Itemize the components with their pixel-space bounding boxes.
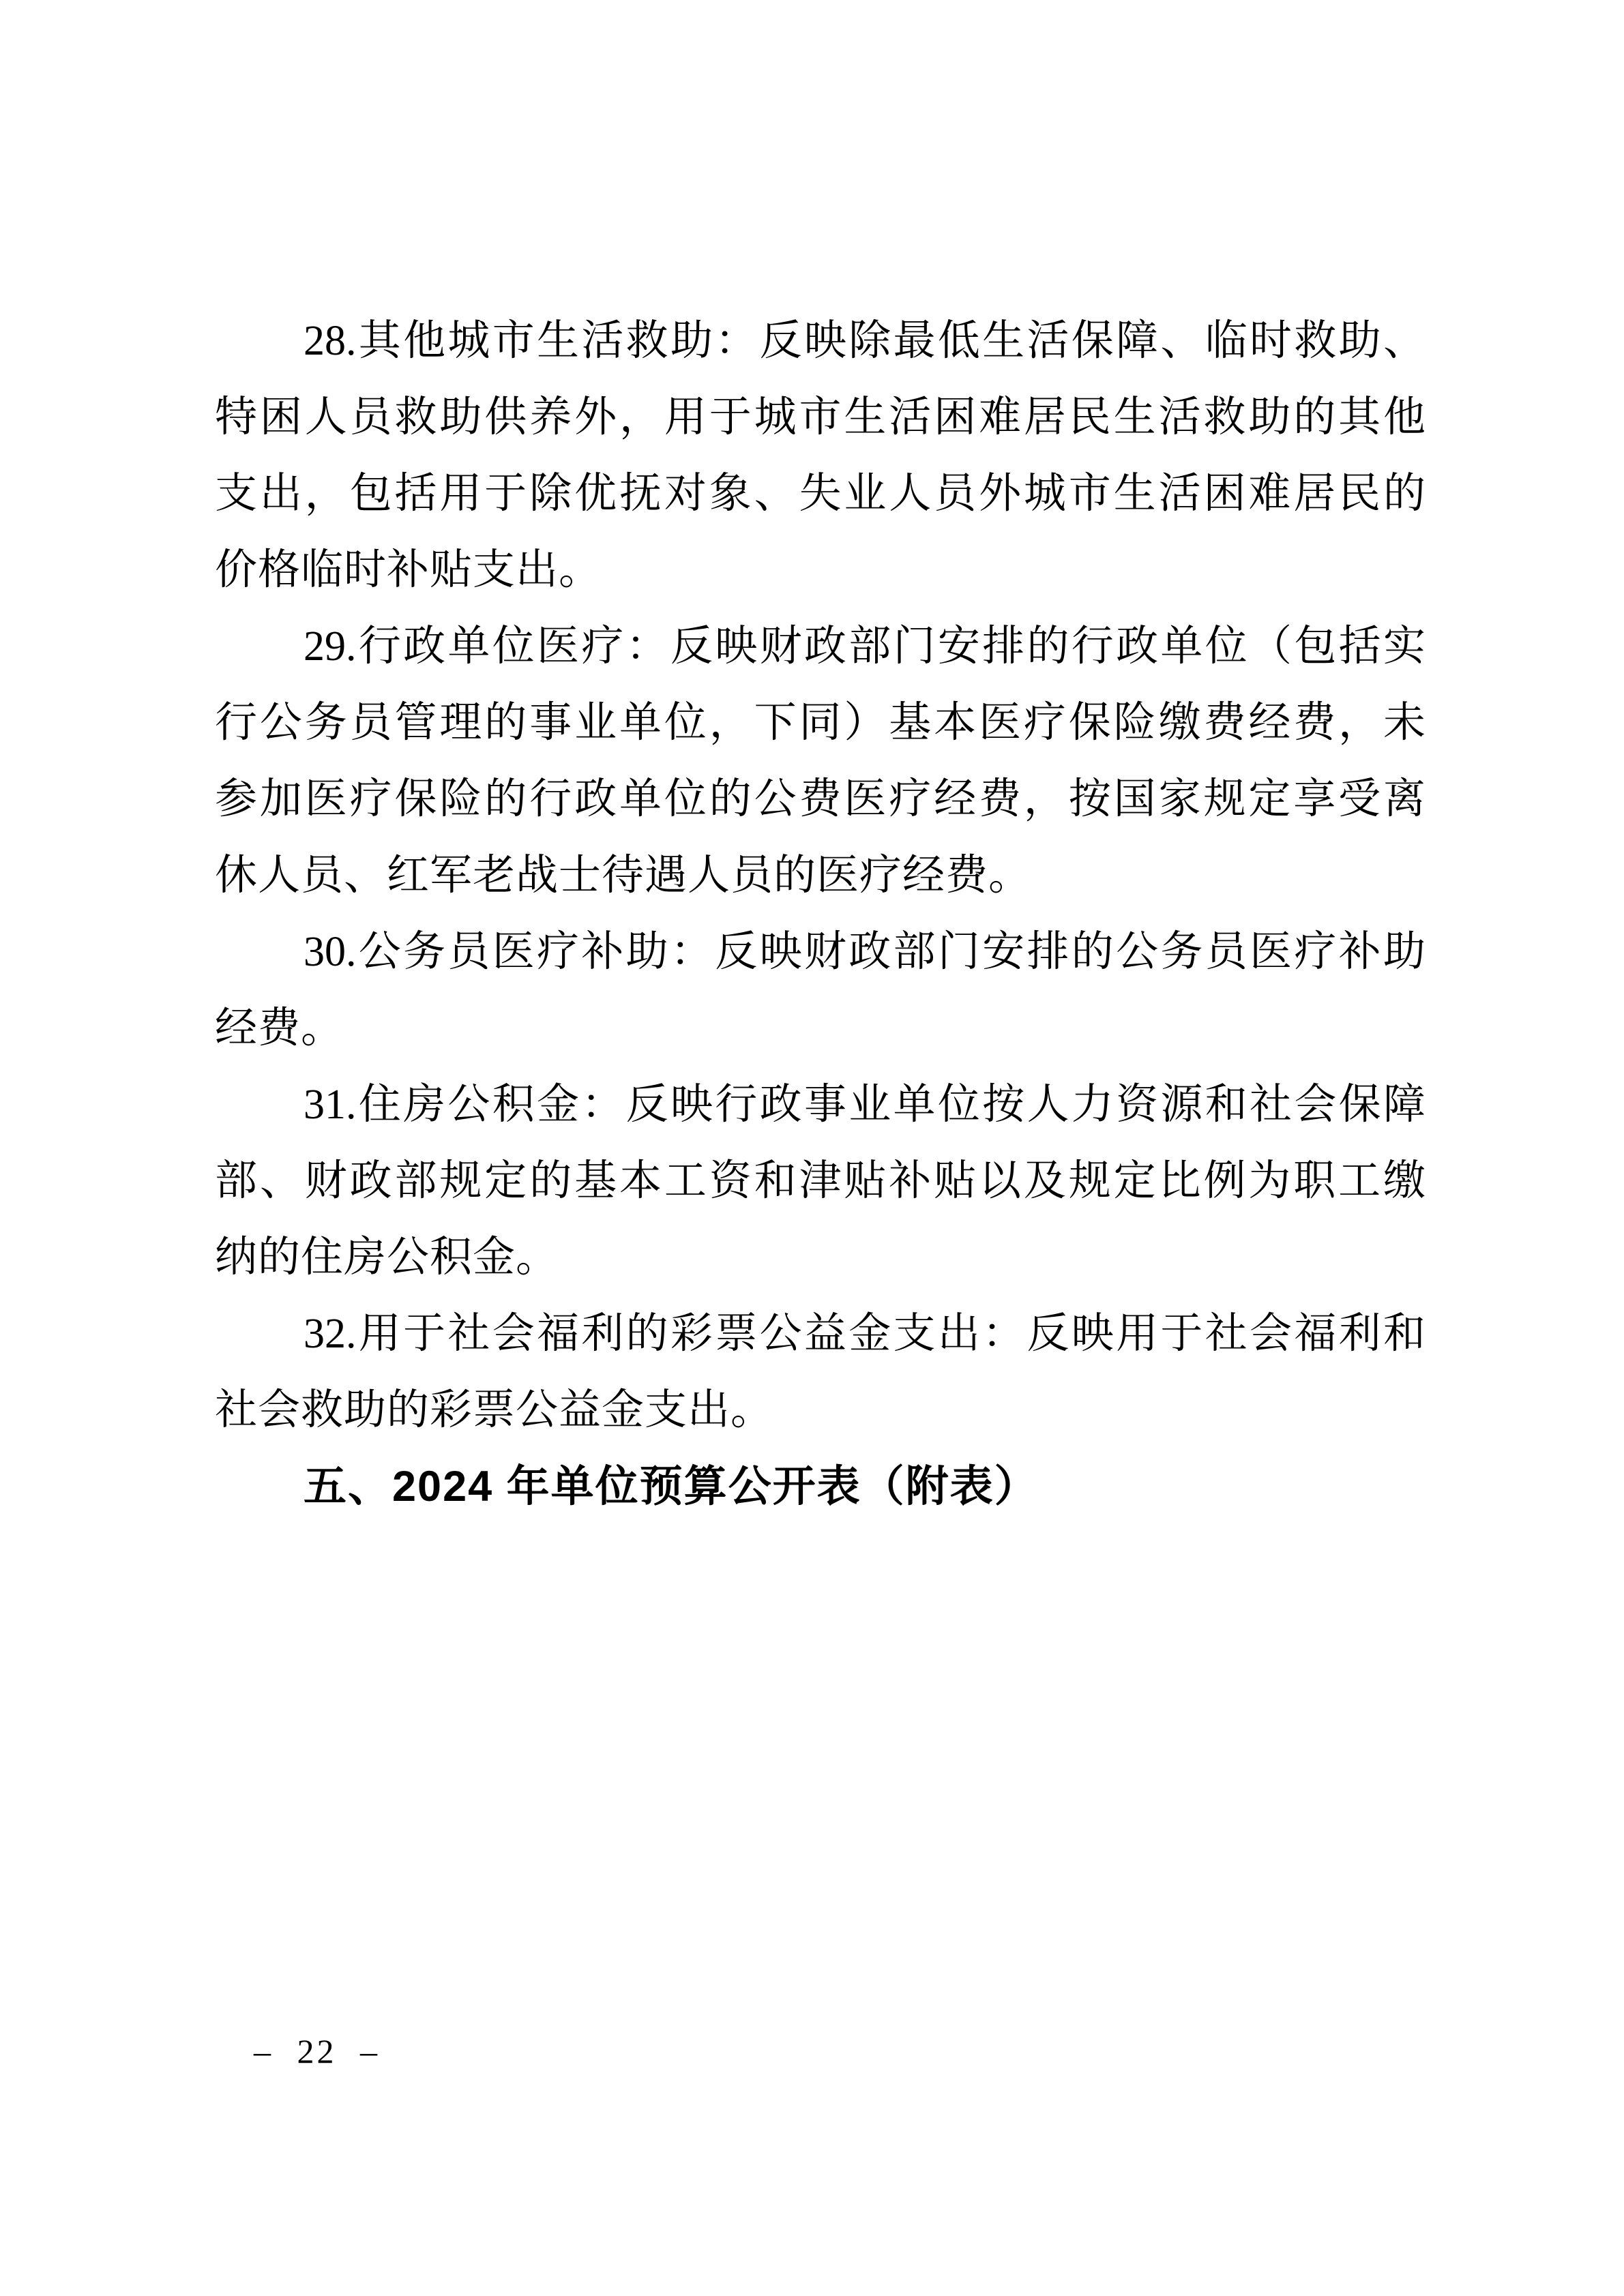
text-line: 纳的住房公积金。 — [215, 1219, 1426, 1296]
page-number: – 22 – — [254, 2032, 380, 2070]
text-line: 28.其他城市生活救助：反映除最低生活保障、临时救助、 — [215, 303, 1426, 379]
text-line: 休人员、红军老战士待遇人员的医疗经费。 — [215, 837, 1426, 914]
document-body: 28.其他城市生活救助：反映除最低生活保障、临时救助、特困人员救助供养外，用于城… — [215, 303, 1426, 1525]
section-heading: 五、2024 年单位预算公开表（附表） — [215, 1448, 1426, 1525]
text-line: 支出，包括用于除优抚对象、失业人员外城市生活困难居民的 — [215, 456, 1426, 532]
text-line: 30.公务员医疗补助：反映财政部门安排的公务员医疗补助 — [215, 914, 1426, 990]
text-line: 32.用于社会福利的彩票公益金支出：反映用于社会福利和 — [215, 1296, 1426, 1372]
text-line: 行公务员管理的事业单位，下同）基本医疗保险缴费经费，未 — [215, 685, 1426, 761]
text-line: 部、财政部规定的基本工资和津贴补贴以及规定比例为职工缴 — [215, 1143, 1426, 1219]
text-line: 29.行政单位医疗：反映财政部门安排的行政单位（包括实 — [215, 608, 1426, 685]
text-line: 参加医疗保险的行政单位的公费医疗经费，按国家规定享受离 — [215, 761, 1426, 837]
text-line: 31.住房公积金：反映行政事业单位按人力资源和社会保障 — [215, 1067, 1426, 1143]
text-line: 社会救助的彩票公益金支出。 — [215, 1372, 1426, 1448]
document-page: 28.其他城市生活救助：反映除最低生活保障、临时救助、特困人员救助供养外，用于城… — [0, 0, 1624, 2296]
text-line: 特困人员救助供养外，用于城市生活困难居民生活救助的其他 — [215, 379, 1426, 456]
text-line: 价格临时补贴支出。 — [215, 532, 1426, 608]
text-line: 经费。 — [215, 990, 1426, 1067]
